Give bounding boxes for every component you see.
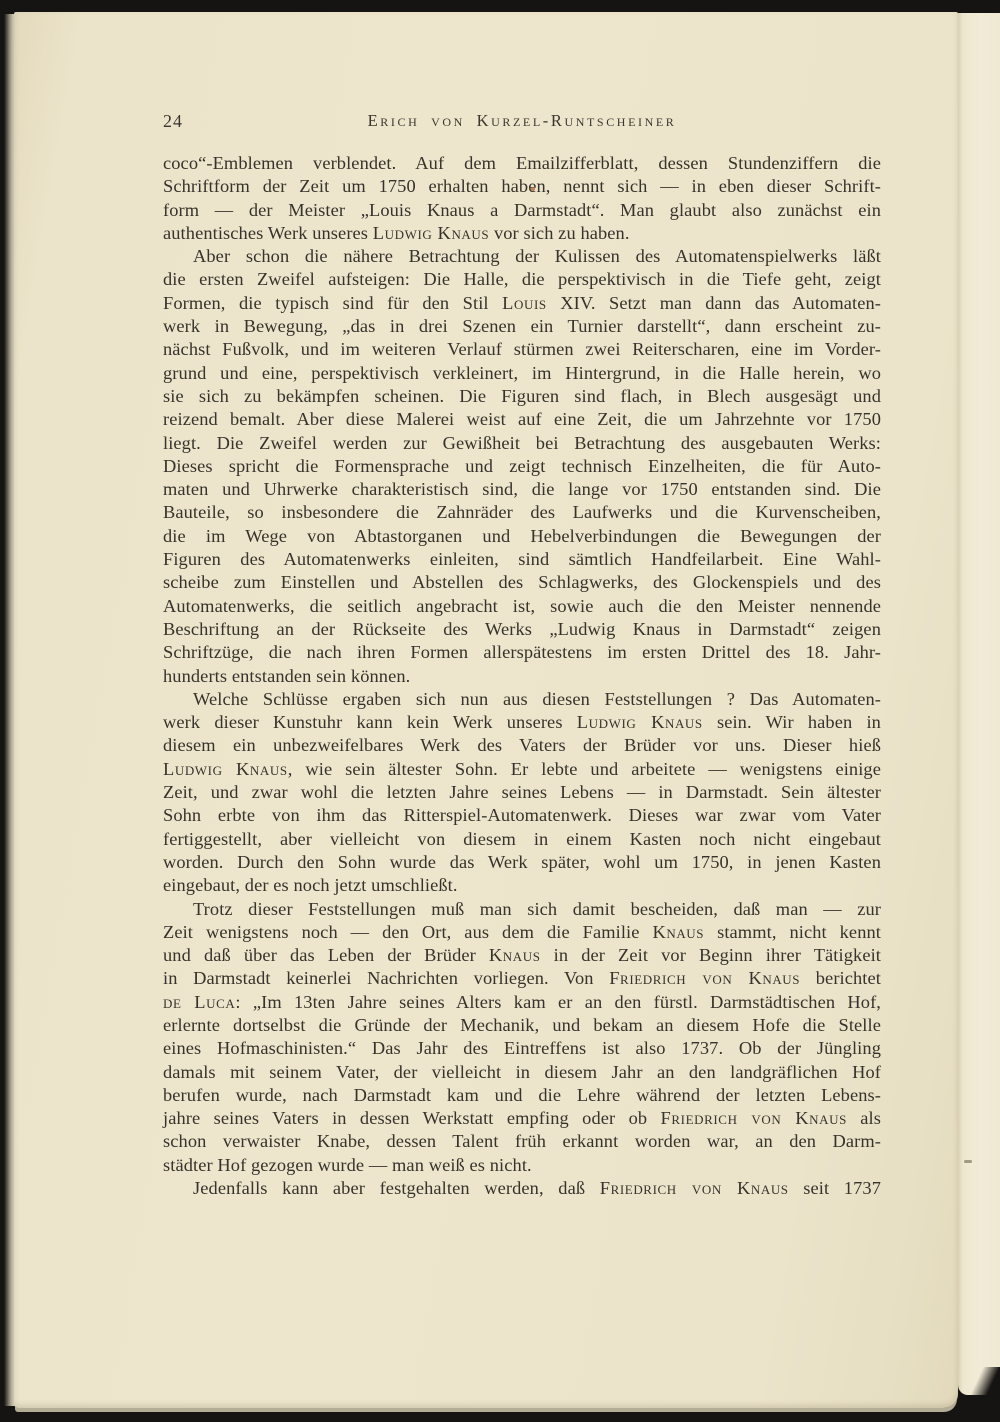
text-line: schon verwaister Knabe, dessen Talent fr…	[163, 1130, 881, 1153]
text-line: grund und eine, perspektivisch verkleine…	[163, 362, 881, 385]
text-line: Bauteile, so insbesondere die Zahnräder …	[163, 501, 881, 524]
text-line: berufen wurde, nach Darmstadt kam und di…	[163, 1084, 881, 1107]
text-line: Schriftform der Zeit um 1750 erhalten ha…	[163, 175, 881, 198]
text-line: Figuren des Automatenwerks einleiten, si…	[163, 548, 881, 571]
small-caps-name: Knaus	[489, 945, 541, 965]
text-line: fertiggestellt, aber vielleicht von dies…	[163, 828, 881, 851]
paper-flaw-mark	[964, 1160, 972, 1163]
text-line: reizend bemalt. Aber diese Malerei weist…	[163, 408, 881, 431]
text-line: Aber schon die nähere Betrachtung der Ku…	[163, 245, 881, 268]
small-caps-name: Friedrich von Knaus	[609, 968, 800, 988]
text-line: Zeit wenigstens noch — den Ort, aus dem …	[163, 921, 881, 944]
text-line: Jedenfalls kann aber festgehalten werden…	[163, 1177, 881, 1200]
scan-background: { "page": { "number": "24", "running_hea…	[0, 0, 1000, 1422]
text-line: coco“-Emblemen verblendet. Auf dem Email…	[163, 152, 881, 175]
text-line: Sohn erbte von ihm das Ritterspiel-Autom…	[163, 804, 881, 827]
text-line: Dieses spricht die Formensprache und zei…	[163, 455, 881, 478]
text-line: worden. Durch den Sohn wurde das Werk sp…	[163, 851, 881, 874]
text-line: erlernte dortselbst die Gründe der Mecha…	[163, 1014, 881, 1037]
text-line: authentisches Werk unseres Ludwig Knaus …	[163, 222, 881, 245]
text-line: und daß über das Leben der Brüder Knaus …	[163, 944, 881, 967]
page-number: 24	[163, 111, 183, 132]
small-caps-name: Knaus	[652, 922, 704, 942]
text-line: hunderts entstanden sein können.	[163, 665, 881, 688]
page-header: 24 Erich von Kurzel-Runtscheiner	[14, 111, 881, 136]
small-caps-name: Ludwig Knaus	[577, 712, 703, 732]
text-line: Automatenwerks, die seitlich angebracht …	[163, 595, 881, 618]
small-caps-name: Friedrich von Knaus	[661, 1108, 847, 1128]
text-line: form — der Meister „Louis Knaus a Darmst…	[163, 199, 881, 222]
small-caps-name: Ludwig Knaus	[373, 223, 489, 243]
text-line: in Darmstadt keinerlei Nachrichten vorli…	[163, 967, 881, 990]
small-caps-name: de Luca	[163, 992, 235, 1012]
text-line: Beschriftung an der Rückseite des Werks …	[163, 618, 881, 641]
small-caps-name: Ludwig Knaus	[163, 759, 288, 779]
text-line: Ludwig Knaus, wie sein ältester Sohn. Er…	[163, 758, 881, 781]
text-line: städter Hof gezogen wurde — man weiß es …	[163, 1154, 881, 1177]
text-line: nächst Fußvolk, und im weiteren Verlauf …	[163, 338, 881, 361]
text-line: Trotz dieser Feststellungen muß man sich…	[163, 898, 881, 921]
text-line: maten und Uhrwerke charakteristisch sind…	[163, 478, 881, 501]
ink-speck	[531, 187, 535, 191]
book-page: 24 Erich von Kurzel-Runtscheiner coco“-E…	[14, 12, 958, 1408]
running-header: Erich von Kurzel-Runtscheiner	[163, 111, 881, 131]
facing-page-edge	[958, 13, 1000, 1395]
text-line: Zeit, und zwar wohl die letzten Jahre se…	[163, 781, 881, 804]
small-caps-name: Louis	[502, 293, 547, 313]
text-line: werk dieser Kunstuhr kann kein Werk unse…	[163, 711, 881, 734]
text-line: werk in Bewegung, „das in drei Szenen ei…	[163, 315, 881, 338]
text-line: Welche Schlüsse ergaben sich nun aus die…	[163, 688, 881, 711]
text-line: die im Wege von Abtastorganen und Hebelv…	[163, 525, 881, 548]
book-scan: 24 Erich von Kurzel-Runtscheiner coco“-E…	[0, 0, 1000, 1422]
text-line: de Luca: „Im 13ten Jahre seines Alters k…	[163, 991, 881, 1014]
small-caps-name: Friedrich von Knaus	[600, 1178, 789, 1198]
body-text: coco“-Emblemen verblendet. Auf dem Email…	[14, 152, 881, 1200]
text-line: eingebaut, der es noch jetzt umschließt.	[163, 874, 881, 897]
text-line: Formen, die typisch sind für den Stil Lo…	[163, 292, 881, 315]
text-line: die ersten Zweifel aufsteigen: Die Halle…	[163, 268, 881, 291]
text-line: diesem ein unbezweifelbares Werk des Vat…	[163, 734, 881, 757]
text-line: Schriftzüge, die nach ihren Formen aller…	[163, 641, 881, 664]
text-line: liegt. Die Zweifel werden zur Gewißheit …	[163, 432, 881, 455]
text-line: scheibe zum Einstellen und Abstellen des…	[163, 571, 881, 594]
text-line: jahre seines Vaters in dessen Werkstatt …	[163, 1107, 881, 1130]
text-line: damals mit seinem Vater, der vielleicht …	[163, 1061, 881, 1084]
text-line: eines Hofmaschinisten.“ Das Jahr des Ein…	[163, 1037, 881, 1060]
text-line: sie sich zu bekämpfen scheinen. Die Figu…	[163, 385, 881, 408]
